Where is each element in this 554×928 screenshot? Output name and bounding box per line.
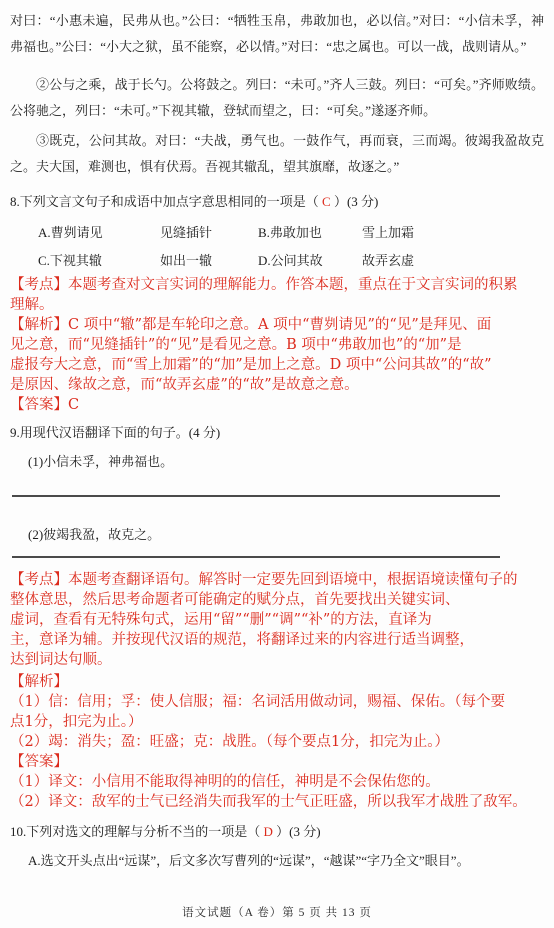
question-8-options-row-2: C.下视其辙 如出一辙 D.公问其故 故弄玄虚 (38, 245, 544, 273)
question-10-option-a: A.选文开头点出“远谋”，后文多次写曹列的“远谋”，“越谋”“字乃全文”眼目”。 (28, 847, 544, 874)
question-8-stem-score: ）(3 分) (331, 194, 379, 209)
question-8-option-b-label: B.弗敢加也 (258, 222, 362, 241)
question-8-option-c-label: C.下视其辙 (38, 250, 160, 269)
question-8-option-a-idiom: 见缝插针 (160, 222, 258, 241)
question-8-stem: 8.下列文言文句子和成语中加点字意思相同的一项是（ C ）(3 分) (10, 188, 544, 215)
question-10-stem-score: ）(3 分) (273, 824, 321, 839)
question-10-stem-text: 10.下列对选文的理解与分析不当的一项是（ (10, 824, 264, 839)
passage-paragraph-1: 对曰：“小惠未遍，民弗从也。”公曰：“牺牲玉帛，弗敢加也，必以信。”对曰：“小信… (10, 8, 544, 60)
question-8-answer-letter: C (322, 194, 331, 209)
question-8-options: A.曹刿请见 见缝插针 B.弗敢加也 雪上加霜 C.下视其辙 如出一辙 D.公问… (38, 217, 544, 273)
question-8-option-b-idiom: 雪上加霜 (362, 222, 544, 241)
question-9-jiexi-daan-block: 【解析】 （1）信：信用；孚：使人信服；福：名词活用做动词，赐福、保佑。（每个要… (10, 672, 544, 812)
page-footer: 语文试题（A 卷）第 5 页 共 13 页 (0, 904, 554, 920)
question-9-item-2: (2)彼竭我盈，故克之。 (28, 521, 544, 548)
question-8-option-c-idiom: 如出一辙 (160, 250, 258, 269)
question-10-answer-letter: D (264, 824, 273, 839)
question-10-stem: 10.下列对选文的理解与分析不当的一项是（ D ）(3 分) (10, 818, 544, 845)
question-8-option-a-label: A.曹刿请见 (38, 222, 160, 241)
exam-page: 对曰：“小惠未遍，民弗从也。”公曰：“牺牲玉帛，弗敢加也，必以信。”对曰：“小信… (0, 0, 554, 928)
question-8-stem-text: 8.下列文言文句子和成语中加点字意思相同的一项是（ (10, 194, 322, 209)
question-9-answer-line-2 (12, 556, 500, 558)
question-9-stem: 9.用现代汉语翻译下面的句子。(4 分) (10, 419, 544, 446)
passage-paragraph-2: ②公与之乘，战于长勺。公将鼓之。列曰：“未可。”齐人三鼓。列曰：“可矣。”齐师败… (10, 72, 544, 124)
question-8-options-row-1: A.曹刿请见 见缝插针 B.弗敢加也 雪上加霜 (38, 217, 544, 245)
question-8-option-d-idiom: 故弄玄虚 (362, 250, 544, 269)
question-9-answer-line-1 (12, 495, 500, 497)
question-9-kaodian-block: 【考点】本题考查翻译语句。解答时一定要先回到语境中，根据语境读懂句子的 整体意思… (10, 570, 544, 670)
question-8-analysis-block: 【考点】本题考查对文言实词的理解能力。作答本题，重点在于文言实词的积累 理解。 … (10, 275, 544, 415)
question-9-item-1: (1)小信未孚，神弗福也。 (28, 448, 544, 475)
passage-paragraph-3: ③既克，公问其故。对曰：“夫战，勇气也。一鼓作气，再而衰，三而竭。彼竭我盈故克之… (10, 128, 544, 180)
question-8-option-d-label: D.公问其故 (258, 250, 362, 269)
